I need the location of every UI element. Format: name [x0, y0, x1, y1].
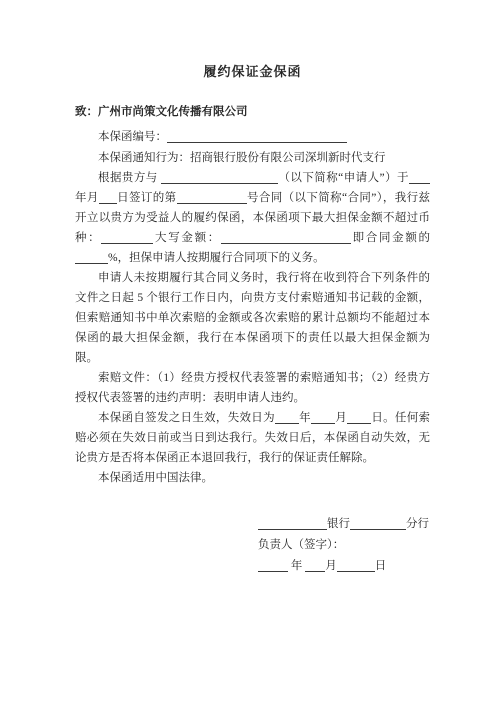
blank-line — [161, 171, 278, 184]
text-run: 本保函自签发之日生效，失效日为 — [98, 412, 275, 424]
text-run: 年月 — [75, 192, 99, 204]
blank-line — [75, 251, 108, 264]
text-run: 根据贵方与 — [98, 172, 161, 184]
document-title: 履约保证金保函 — [75, 62, 430, 81]
text-run: 月 — [335, 412, 347, 424]
text-run: 本保函适用中国法律。 — [98, 472, 213, 484]
recipient-label: 致： — [75, 106, 98, 118]
text-run: 索赔文件：（1）经贵方授权代表签署的索赔通知书；（2）经贵方授权代表签署的违约声… — [75, 372, 430, 404]
blank-line — [305, 559, 325, 572]
blank-line — [167, 130, 347, 143]
document-page: 履约保证金保函 致：广州市尚策文化传播有限公司 本保函编号：本保函通知行为：招商… — [0, 0, 500, 708]
signature-officer-line: 负责人（签字）： — [258, 535, 430, 556]
document-body: 本保函编号：本保函通知行为：招商银行股份有限公司深圳新时代支行根据贵方与 （以下… — [75, 127, 430, 488]
text-run: 银行 — [327, 518, 350, 530]
text-run: 本保函通知行为：招商银行股份有限公司深圳新时代支行 — [98, 152, 386, 164]
blank-line — [347, 411, 371, 424]
officer-signature-label: 负责人（签字）： — [258, 539, 344, 551]
blank-line — [258, 517, 327, 530]
text-run: 本保函编号： — [98, 131, 167, 143]
paragraph-claim-terms: 申请人未按期履行其合同义务时，我行将在收到符合下列条件的文件之日起 5 个银行工… — [75, 268, 430, 368]
blank-line — [275, 411, 299, 424]
recipient-line: 致：广州市尚策文化传播有限公司 — [75, 102, 430, 122]
blank-line — [311, 411, 335, 424]
blank-line — [101, 231, 153, 244]
text-run: 大写金额： — [153, 232, 221, 244]
signature-block: 银行分行 负责人（签字）： 年 月日 — [258, 514, 430, 577]
text-run: 日 — [375, 560, 387, 572]
text-run: 申请人未按期履行其合同义务时，我行将在收到符合下列条件的文件之日起 5 个银行工… — [75, 272, 430, 364]
text-run: （以下简称“申请人”）于 — [278, 172, 409, 184]
blank-line — [221, 231, 351, 244]
blank-line — [99, 191, 117, 204]
text-run: 即合同金额的 — [351, 232, 430, 244]
blank-line — [409, 171, 430, 184]
text-run: %，担保申请人按期履行合同项下的义务。 — [108, 252, 325, 264]
paragraph-governing-law: 本保函适用中国法律。 — [75, 468, 430, 488]
text-run: 月 — [325, 560, 337, 572]
blank-line — [258, 559, 288, 572]
paragraph-contract-basis: 根据贵方与 （以下简称“申请人”）于年月日签订的第号合同（以下简称“合同”），我… — [75, 168, 430, 268]
text-run: 年 — [288, 560, 305, 572]
text-run: 年 — [299, 412, 311, 424]
signature-bank-line: 银行分行 — [258, 514, 430, 535]
paragraph-validity: 本保函自签发之日生效，失效日为年月日。任何索赔必须在失效日前或当日到达我行。失效… — [75, 408, 430, 468]
text-run: 分行 — [406, 518, 429, 530]
paragraph-claim-documents: 索赔文件：（1）经贵方授权代表签署的索赔通知书；（2）经贵方授权代表签署的违约声… — [75, 368, 430, 408]
recipient-name: 广州市尚策文化传播有限公司 — [98, 106, 248, 118]
blank-line — [350, 517, 406, 530]
paragraph-guarantee-number: 本保函编号： — [75, 127, 430, 147]
paragraph-advising-bank: 本保函通知行为：招商银行股份有限公司深圳新时代支行 — [75, 148, 430, 168]
blank-line — [337, 559, 375, 572]
blank-line — [177, 191, 247, 204]
signature-date-line: 年 月日 — [258, 556, 430, 577]
text-run: 日签订的第 — [117, 192, 177, 204]
